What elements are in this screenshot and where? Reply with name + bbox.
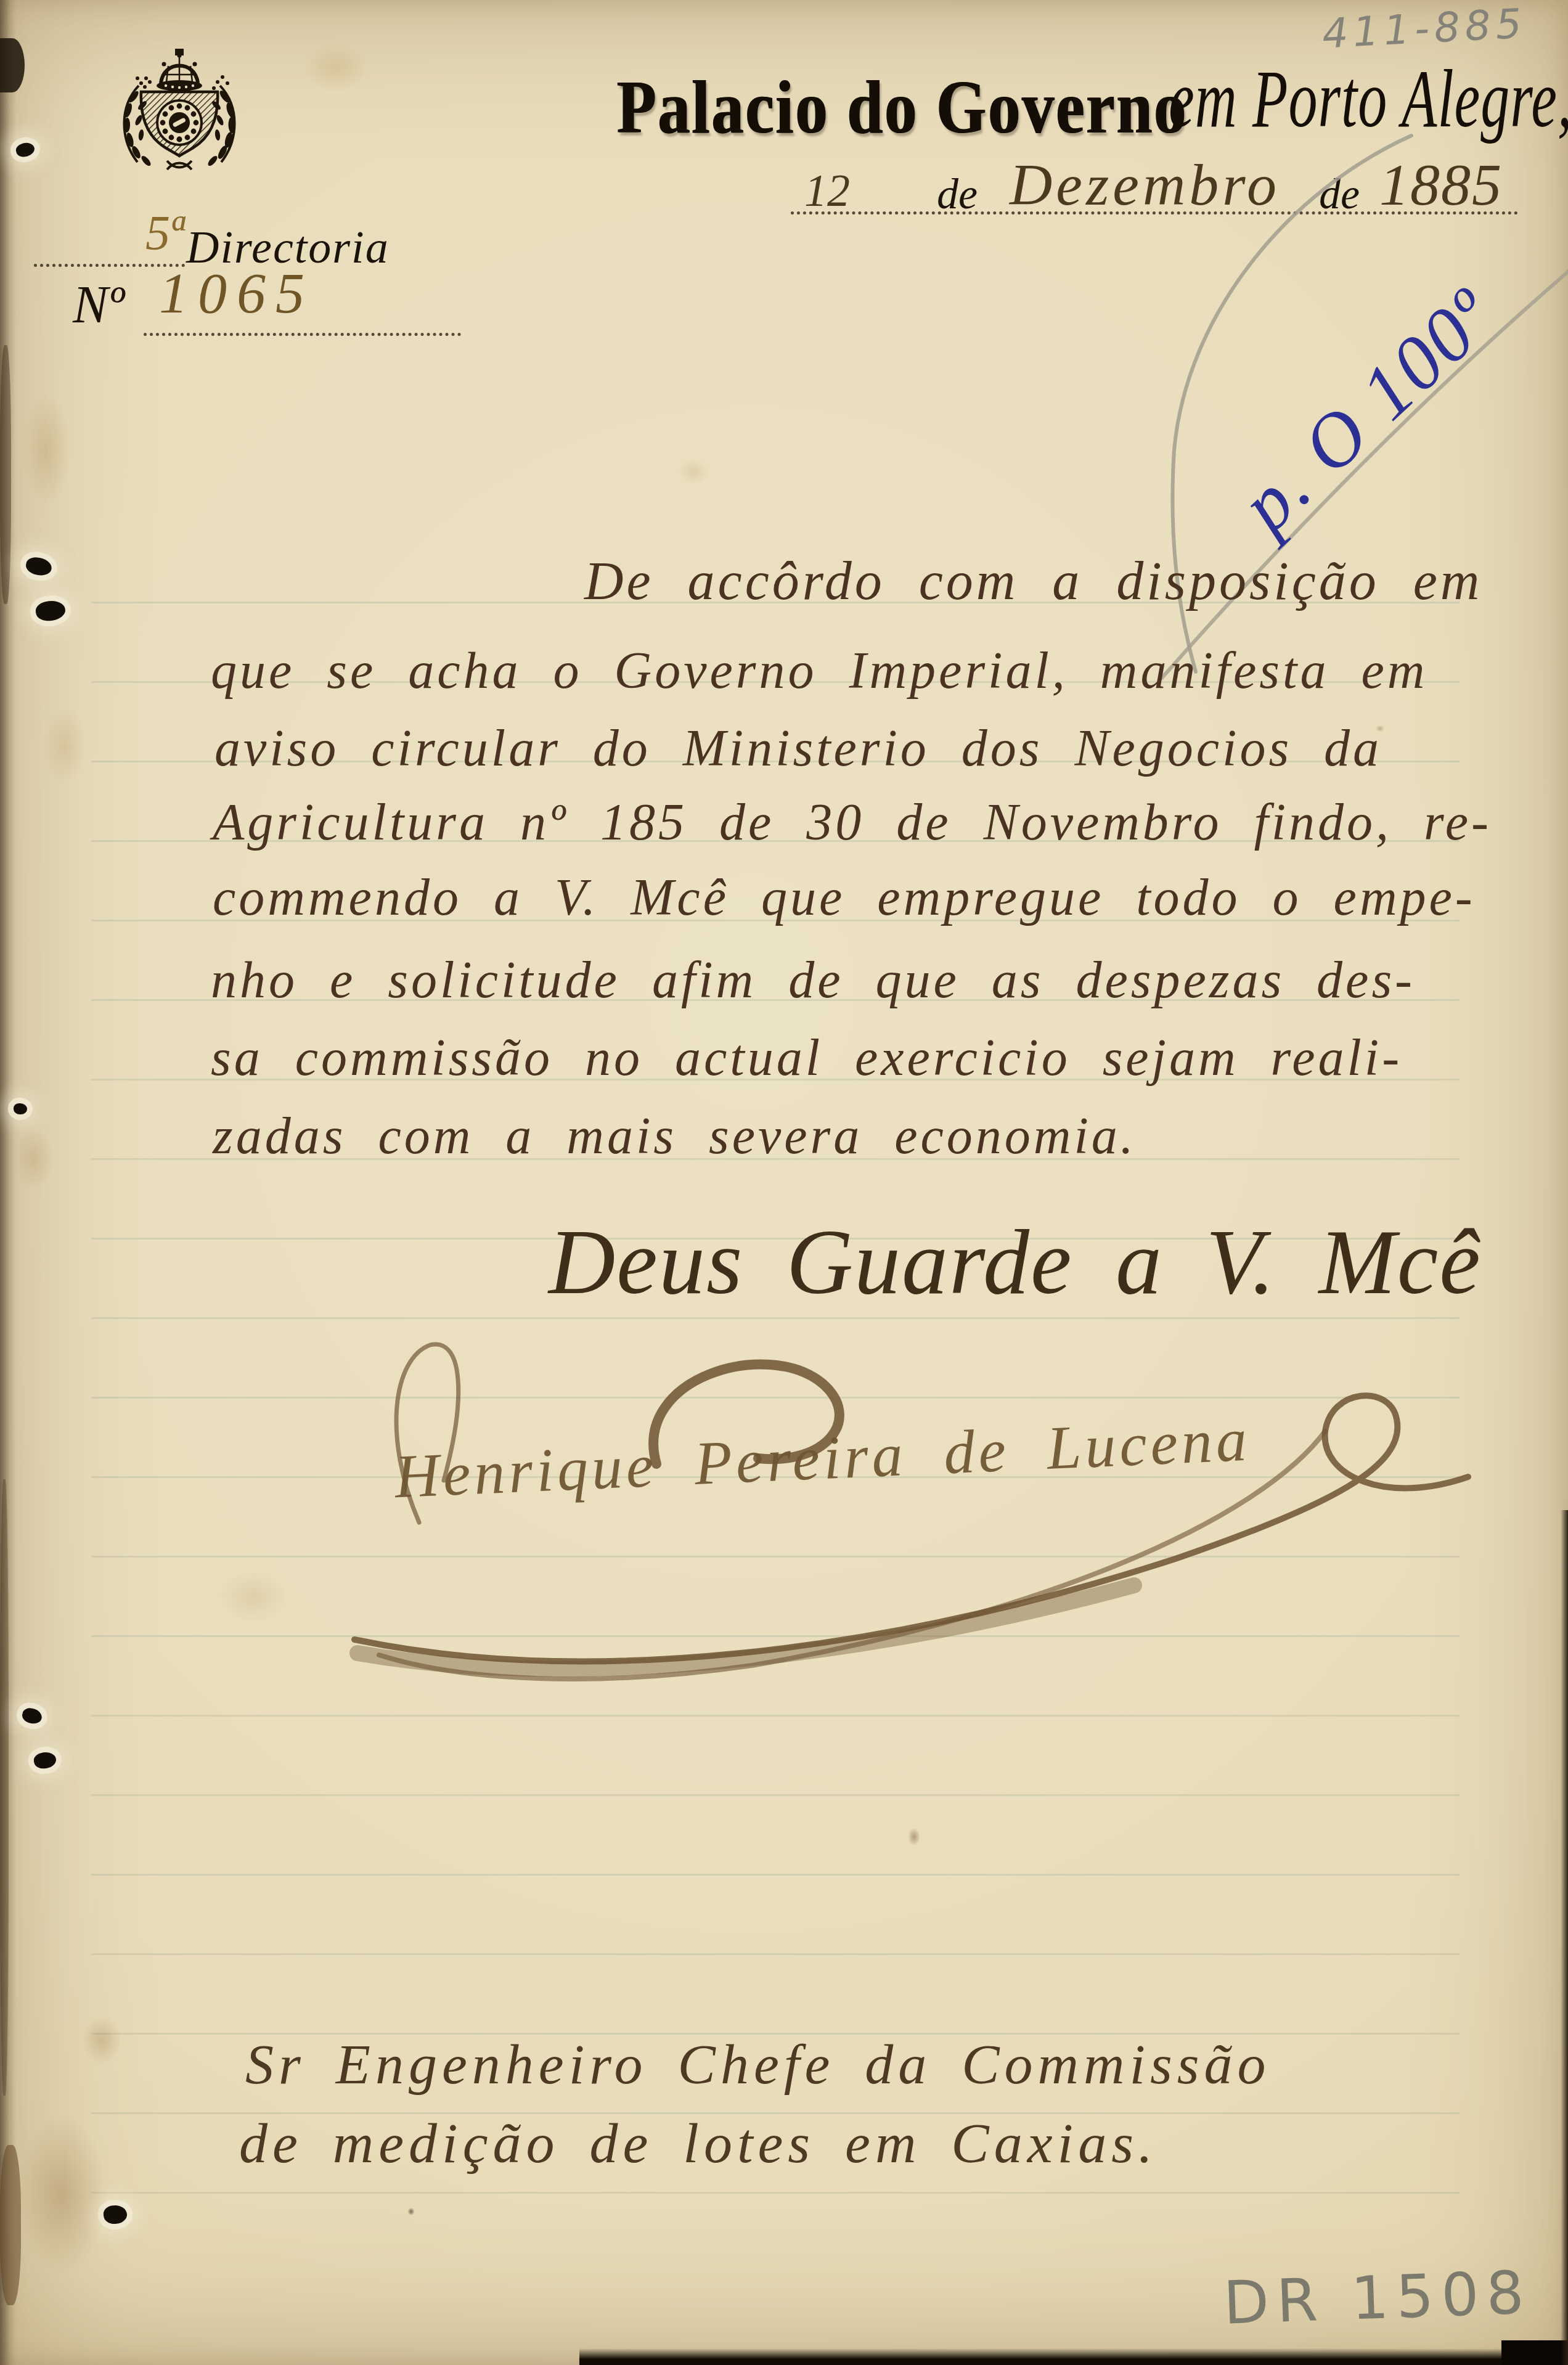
body-line: sa commissão no actual exercicio sejam r…	[211, 1028, 1402, 1088]
archival-number-bottom: DR 1508	[1222, 2258, 1532, 2337]
protocol-label: Nº	[73, 274, 125, 335]
wormhole	[14, 1103, 27, 1114]
protocol-dotted-line	[144, 333, 461, 336]
bottom-edge-shadow	[579, 2348, 1568, 2365]
blue-ink-annotation-text: p. O 100º	[1223, 271, 1513, 549]
edge-shading	[0, 2145, 21, 2305]
body-line: Agricultura nº 185 de 30 de Novembro fin…	[213, 793, 1492, 852]
imperial-coat-of-arms-icon	[114, 47, 245, 174]
body-line: zadas com a mais severa economia.	[213, 1106, 1137, 1166]
addressee-line-2: de medição de lotes em Caxias.	[239, 2110, 1158, 2176]
body-line: aviso circular do Ministerio dos Negocio…	[214, 719, 1382, 778]
protocol-number: 1065	[159, 260, 314, 327]
letterhead-title: Palacio do Governo	[616, 64, 1187, 150]
right-edge-shadow	[1561, 1510, 1568, 2365]
signature-flourish	[321, 1319, 1522, 1701]
body-line: De accôrdo com a disposição em	[584, 550, 1482, 613]
edge-shading	[0, 345, 11, 604]
document-scan: Palacio do Governo em Porto Alegre, 12 d…	[0, 0, 1568, 2365]
directorate-number: 5ª	[145, 206, 184, 262]
valediction: Deus Guarde a V. Mcê	[549, 1209, 1482, 1315]
torn-corner-notch	[0, 38, 25, 92]
edge-shading	[0, 1479, 9, 2096]
date-day: 12	[804, 165, 850, 218]
addressee-line-1: Sr Engenheiro Chefe da Commissão	[245, 2032, 1271, 2097]
bottom-right-corner	[1501, 2340, 1568, 2365]
body-line: nho e solicitude afim de que as despezas…	[211, 950, 1415, 1010]
body-line: commendo a V. Mcê que empregue todo o em…	[213, 868, 1476, 928]
body-line: que se acha o Governo Imperial, manifest…	[211, 641, 1427, 701]
